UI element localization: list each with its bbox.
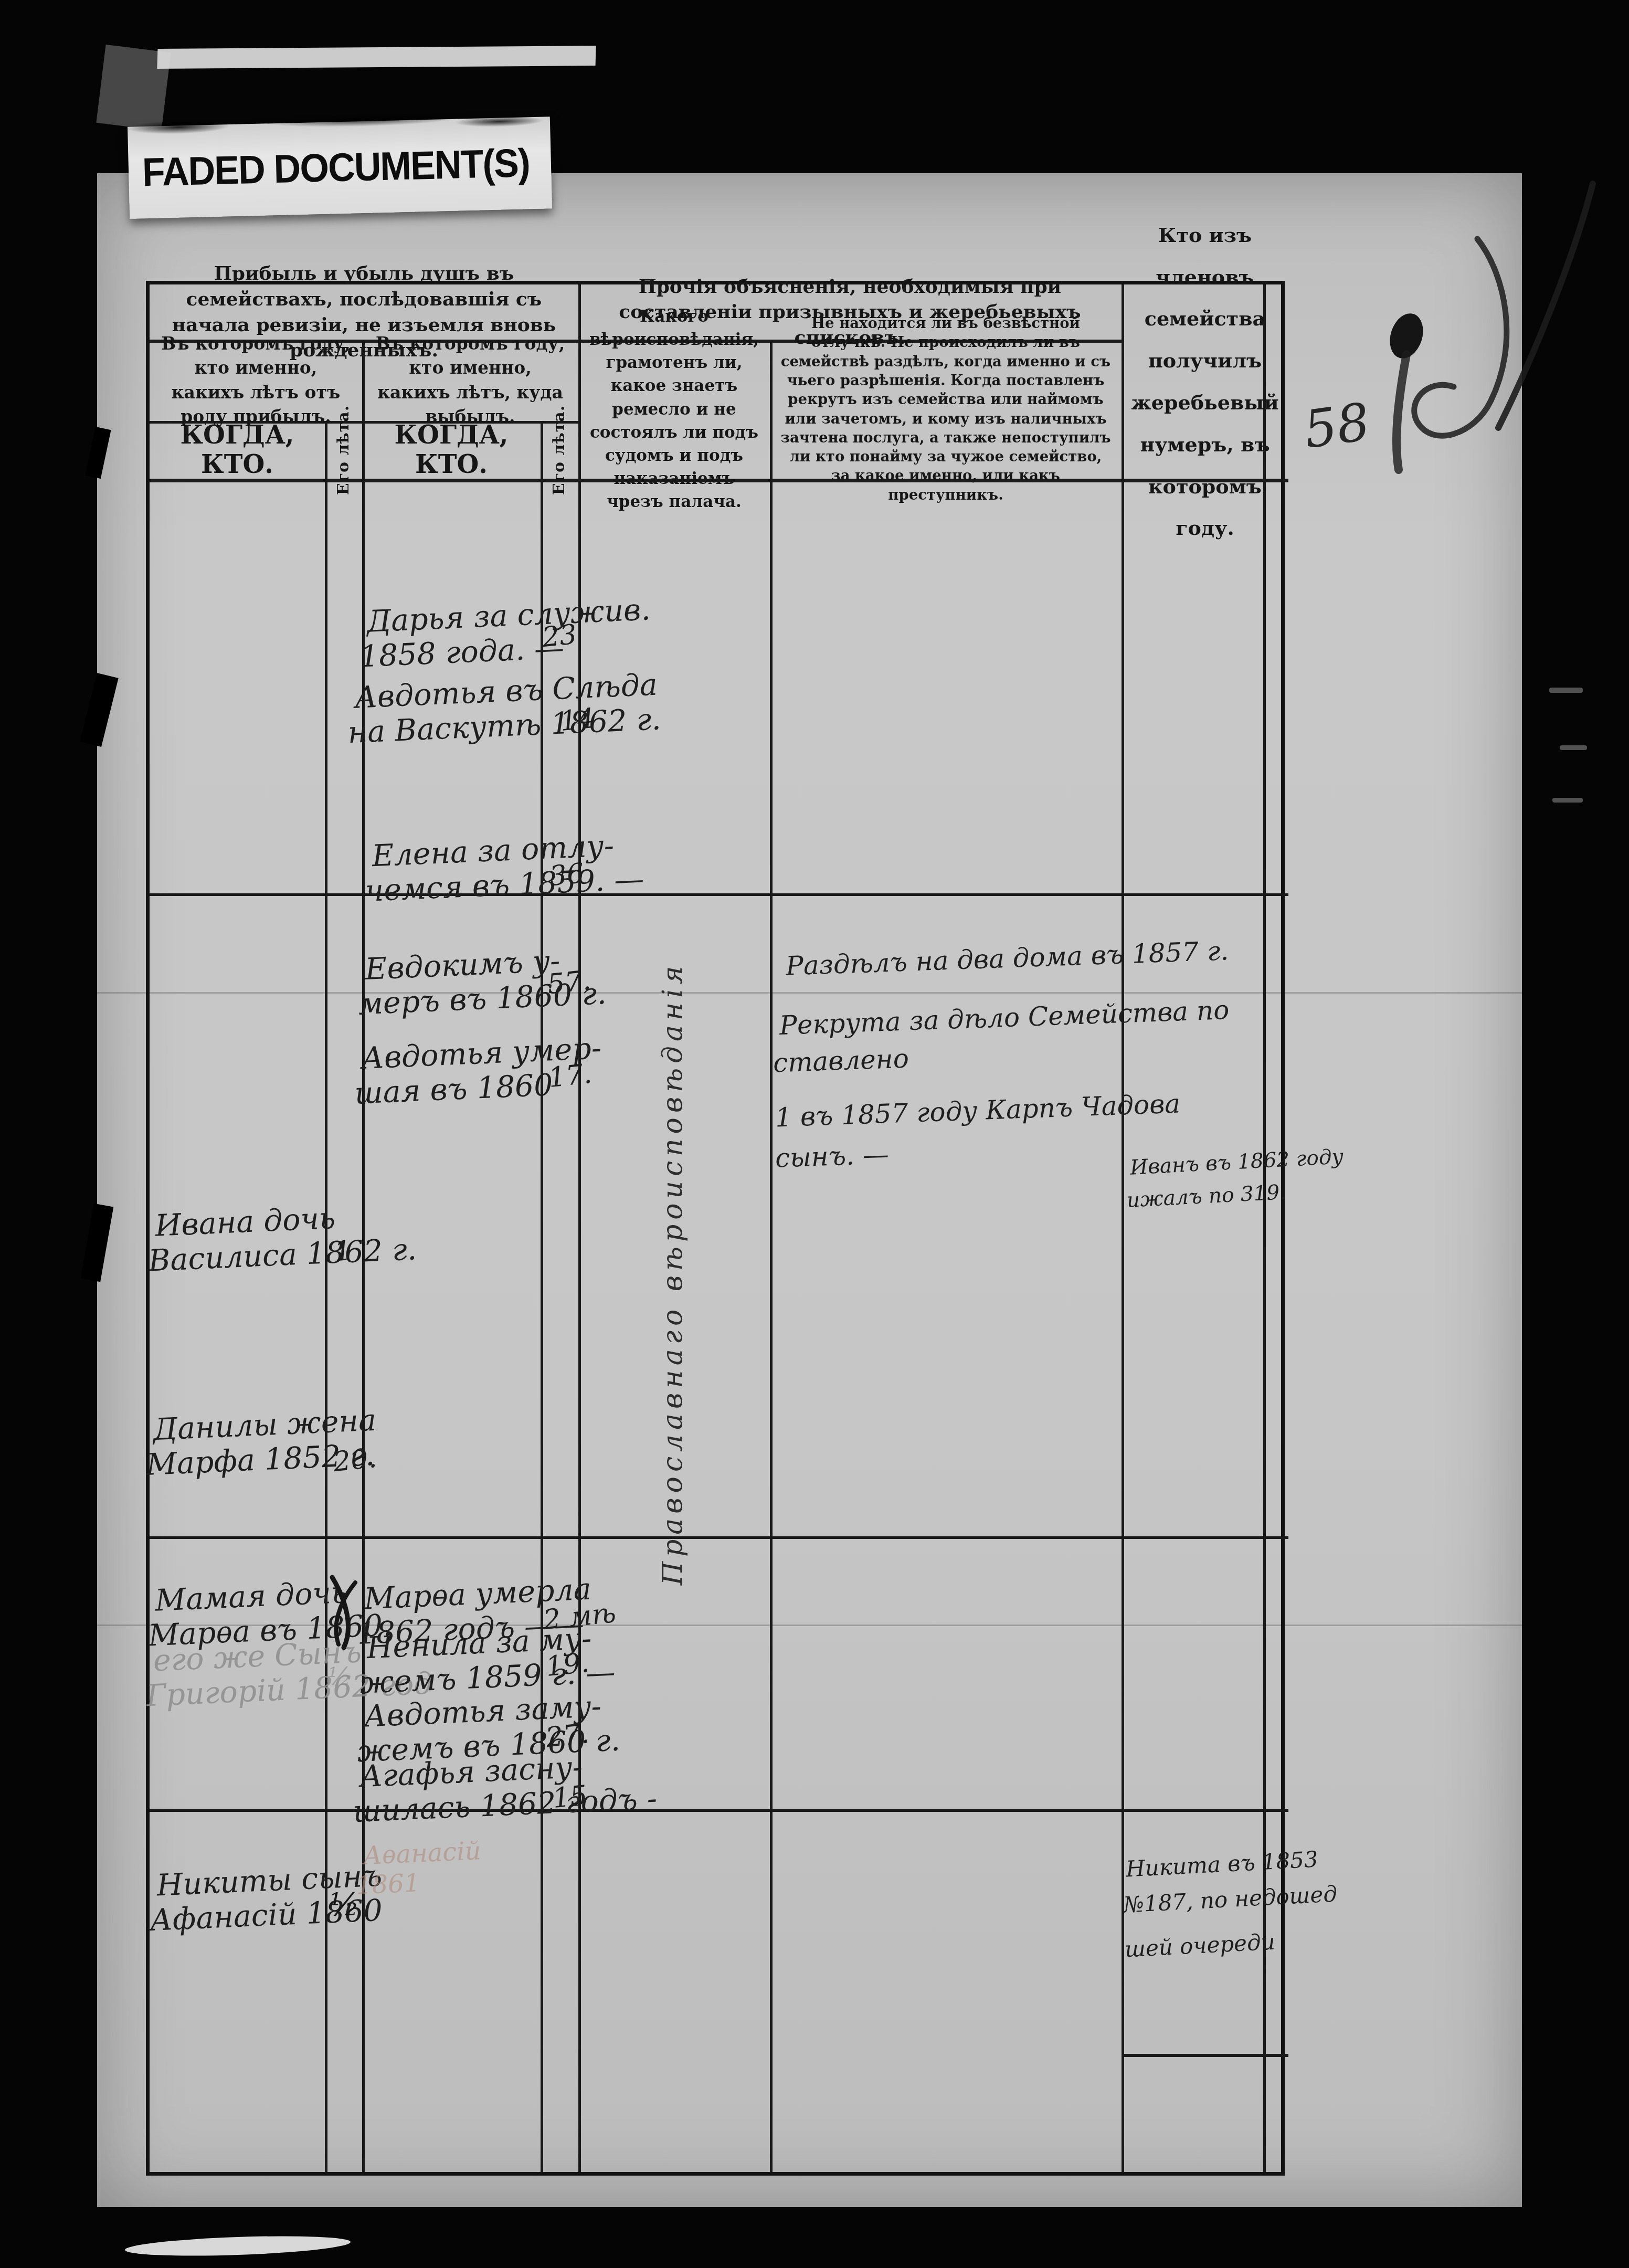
hw-entry-departed-faint: Аѳанасій 1861 xyxy=(363,1837,483,1900)
age-value: 19. xyxy=(544,1647,591,1683)
header-arrived-column: Въ которомъ году, кто именно, какихъ лѣт… xyxy=(150,340,362,421)
header-lottery-column: Кто изъ членовъ семейства получилъ жереб… xyxy=(1122,284,1288,479)
header-when-who-arrived: КОГДА, КТО. xyxy=(150,421,325,479)
header-age-arrived: Его лѣта. xyxy=(325,421,362,479)
hw-note: 1 въ 1857 году Карпъ Чадова xyxy=(775,1089,1181,1133)
hw-note: сынъ. — xyxy=(775,1139,890,1174)
hw-note: Раздѣлъ на два дома въ 1857 г. xyxy=(785,935,1229,981)
scan-background: Прибыль и убыль душъ въ семействахъ, пос… xyxy=(0,0,1629,2268)
age-value: 57. xyxy=(546,965,593,1000)
hw-entry-arrived: Ивана дочь Василиса 1862 г. xyxy=(154,1197,417,1278)
hw-entry-departed: Дарья за служив. 1858 года. — xyxy=(366,592,652,674)
faith-handwritten-note: Православнаго вѣроисповѣданія xyxy=(657,659,691,1887)
age-value: 17. xyxy=(547,1058,594,1094)
section-divider xyxy=(150,1809,1288,1812)
hw-entry-departed: Елена за отлу- чемся въ 1859. — xyxy=(371,827,644,909)
age-value: 36 xyxy=(548,858,586,893)
hw-lottery-note: ижалъ по 319. xyxy=(1126,1180,1287,1212)
section-divider xyxy=(150,893,1288,896)
age-value: 15 xyxy=(551,1780,589,1815)
grid-line xyxy=(1122,284,1124,2172)
revision-table: Прибыль и убыль душъ въ семействахъ, пос… xyxy=(146,281,1285,2176)
hw-lottery-note: Никита въ 1853 xyxy=(1125,1846,1319,1882)
faded-document-banner: FADED DOCUMENT(S) xyxy=(128,117,552,219)
section-divider xyxy=(150,1536,1288,1539)
document-page: Прибыль и убыль душъ въ семействахъ, пос… xyxy=(97,173,1522,2207)
hw-note: Рекрута за дѣло Семейства по xyxy=(779,995,1230,1041)
header-departed-column: Въ которомъ году, кто именно, какихъ лѣт… xyxy=(362,340,578,421)
age-value: 14 xyxy=(558,703,596,738)
scan-streak xyxy=(1549,688,1583,693)
hw-note: ставлено xyxy=(773,1043,909,1079)
hw-entry-departed: Агафья засну- шилась 1862 годъ - xyxy=(359,1747,658,1829)
hw-entry-departed: Авдотья въ Слѣда на Васкутѣ 1862 г. xyxy=(354,667,661,750)
hw-line: Аѳанасій xyxy=(363,1837,482,1871)
age-label: Его лѣта. xyxy=(551,405,569,494)
age-value: 20. xyxy=(332,1442,378,1478)
grid-line xyxy=(770,340,773,2172)
scan-edge-sliver xyxy=(125,2233,351,2259)
banner-label: FADED DOCUMENT(S) xyxy=(142,140,530,195)
age-value: ½ xyxy=(329,1886,359,1923)
hw-lottery-note: шей очереди xyxy=(1124,1929,1276,1963)
age-value: 27. xyxy=(544,1718,591,1754)
age-value: 1 xyxy=(333,1235,353,1268)
scan-streak xyxy=(1552,798,1583,803)
hw-line: 1861 xyxy=(355,1866,483,1901)
scan-streak xyxy=(1560,745,1587,750)
ink-smudge xyxy=(128,109,551,142)
hw-lottery-note: Иванъ въ 1862 году xyxy=(1129,1145,1344,1179)
header-when-who-departed: КОГДА, КТО. xyxy=(362,421,541,479)
header-age-departed: Его лѣта. xyxy=(541,421,578,479)
age-value-faint: ½ xyxy=(328,1662,352,1691)
header-absence-column: Не находится ли въ безвѣстной отлучкѣ. Н… xyxy=(770,340,1122,479)
age-label: Его лѣта. xyxy=(334,405,353,494)
paper-edge-strip xyxy=(157,46,596,69)
pen-flourish xyxy=(1320,176,1614,512)
header-faith-column: Какого вѣроисповѣданія, грамотенъ ли, ка… xyxy=(578,340,770,479)
lottery-box-bottom xyxy=(1122,2054,1288,2057)
grid-line xyxy=(578,284,581,2172)
hw-lottery-note: №187, по недошед xyxy=(1123,1881,1338,1917)
age-value: 23 xyxy=(541,619,578,654)
